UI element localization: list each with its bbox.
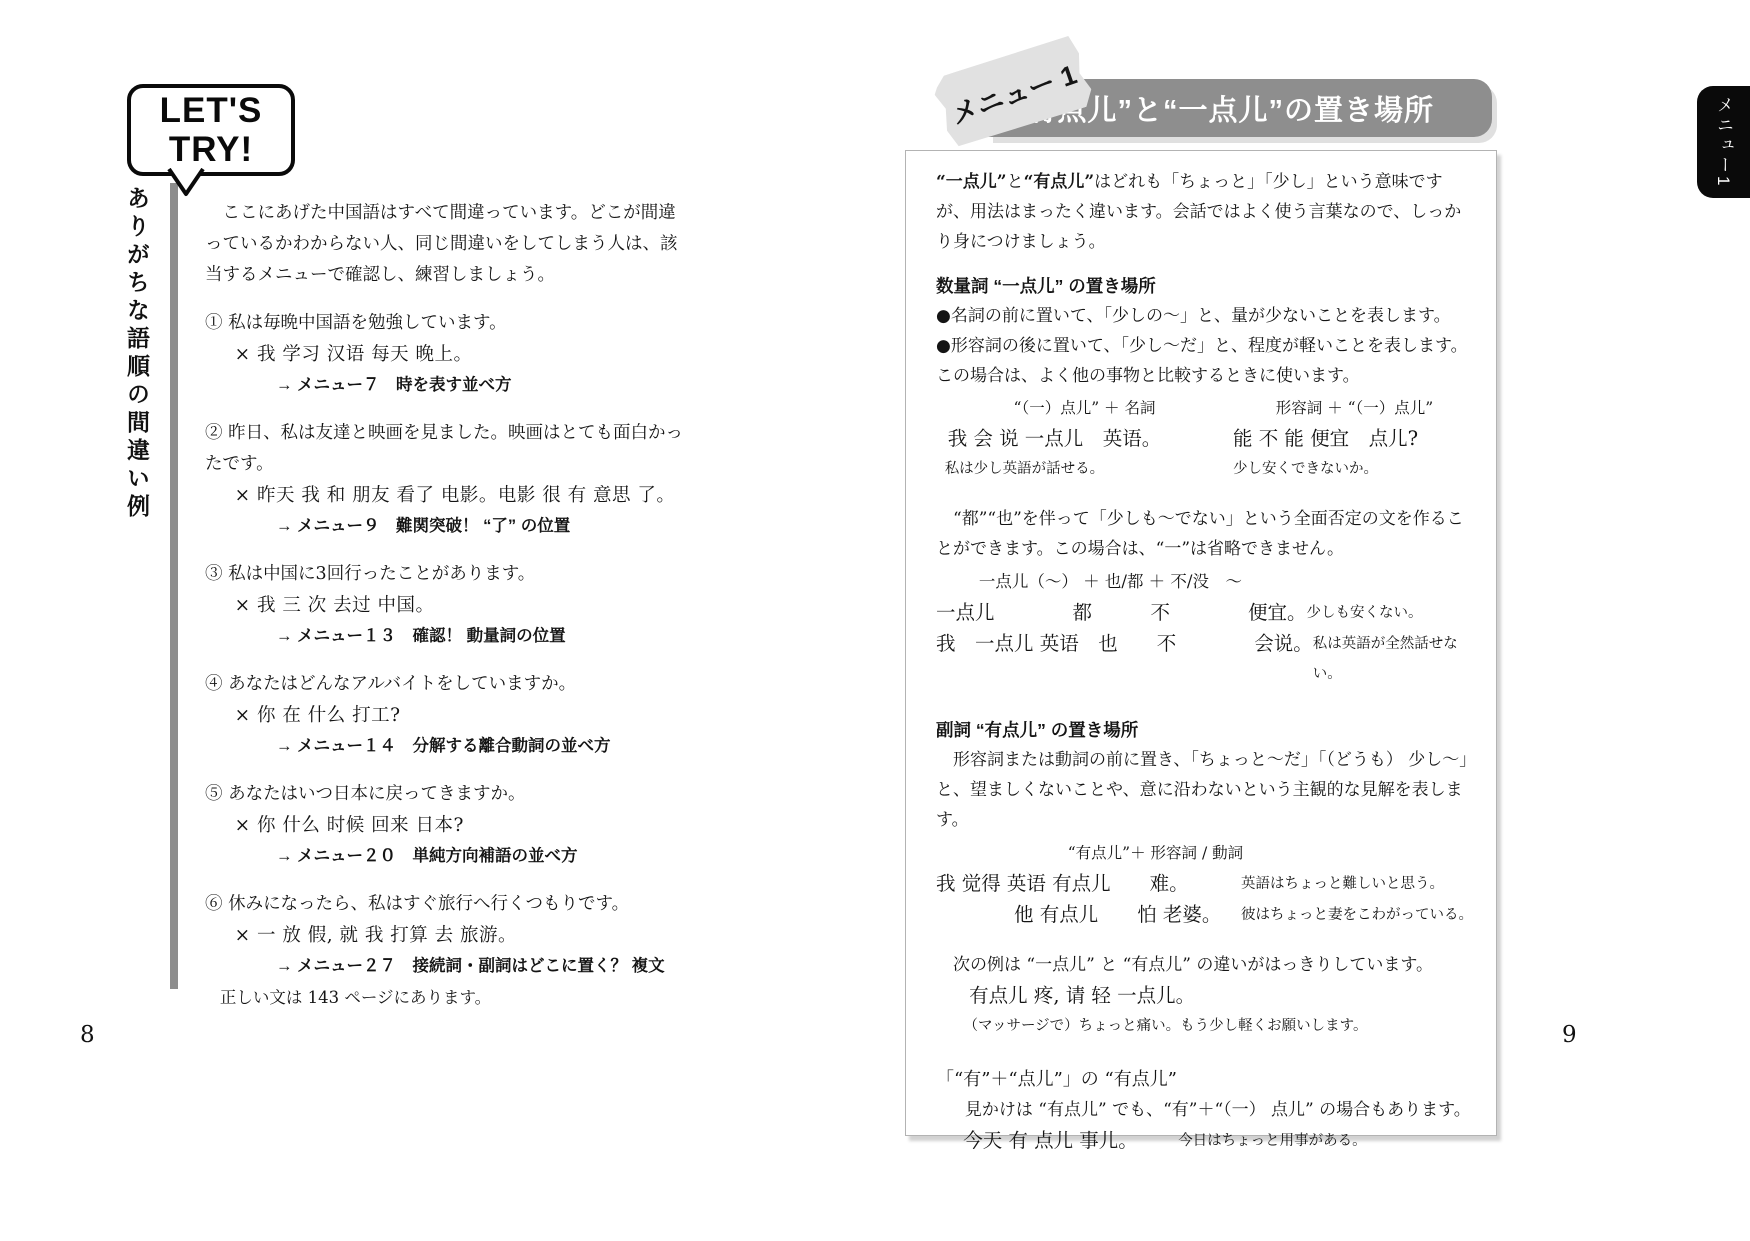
mistake-item-1: ① 私は毎晩中国語を勉強しています。 × 我 学习 汉语 每天 晚上。 → メニ… (205, 308, 685, 401)
section3-example-2: 他 有点儿 怕 老婆。 彼はちょっと妻をこわがっている。 (936, 900, 1476, 930)
item-menu-reference: → メニュー９ 難関突破！ “了” の位置 (205, 511, 685, 542)
menu1-intro: “一点儿”と“有点儿”はどれも「ちょっと」「少し」という意味ですが、用法はまった… (936, 167, 1476, 257)
mistake-item-2: ② 昨日、私は友達と映画を見ました。映画はとても面白かったです。 × 昨天 我 … (205, 418, 685, 542)
example-chinese: 今天 有 点儿 事儿。 (963, 1126, 1178, 1156)
item-menu-reference: → メニュー１４ 分解する離合動詞の並べ方 (205, 731, 685, 762)
example-translation: 少しも安くない。 (1307, 598, 1423, 628)
side-tab-text: メニュー1 (1711, 96, 1736, 188)
example-translation: 彼はちょっと妻をこわがっている。 (1241, 900, 1473, 930)
left-sidebar-title: ありがちな語順の間違い例 (121, 186, 154, 706)
example-translation: 今日はちょっと用事がある。 (1178, 1126, 1367, 1156)
example-chinese: 一点儿 都 不 便宜。 (936, 598, 1307, 628)
section5-example: 今天 有 点儿 事儿。 今日はちょっと用事がある。 (936, 1126, 1476, 1156)
section2-formula: 一点儿（～） ＋ 也/都 ＋ 不/没 ～ (936, 567, 1476, 597)
example-chinese: 他 有点儿 怕 老婆。 (936, 900, 1241, 930)
item-japanese: ③ 私は中国に3回行ったことがあります。 (205, 559, 685, 590)
formula-adjective-yidianr: 形容詞 ＋ “（一）点儿” (1233, 393, 1476, 423)
item-wrong-chinese: × 我 学习 汉语 每天 晚上。 (205, 339, 685, 370)
item-menu-reference: → メニュー２７ 接続詞・副詞はどこに置く？ 複文 (205, 951, 685, 982)
translation-right: 少し安くできないか。 (1233, 454, 1476, 484)
intro-keyword-youdianr: “有点儿” (1024, 172, 1095, 192)
intro-keyword-yidianr: “一点儿” (936, 172, 1007, 192)
item-japanese: ① 私は毎晩中国語を勉強しています。 (205, 308, 685, 339)
item-wrong-chinese: × 我 三 次 去过 中国。 (205, 590, 685, 621)
vertical-rule (170, 183, 178, 989)
left-page-content: ここにあげた中国語はすべて間違っています。どこが間違っているかわからない人、同じ… (205, 198, 685, 1013)
item-menu-reference: → メニュー２０ 単純方向補語の並べ方 (205, 841, 685, 872)
page-number-right: 9 (1562, 1022, 1577, 1048)
section1-heading: 数量詞 “一点儿” の置き場所 (936, 271, 1476, 301)
item-japanese: ② 昨日、私は友達と映画を見ました。映画はとても面白かったです。 (205, 418, 685, 480)
item-menu-reference: → メニュー７ 時を表す並べ方 (205, 370, 685, 401)
item-wrong-chinese: × 你 什么 时候 回来 日本? (205, 810, 685, 841)
section1-formula-row: “（一）点儿” ＋ 名詞 形容詞 ＋ “（一）点儿” (936, 393, 1476, 423)
intro-paragraph: ここにあげた中国語はすべて間違っています。どこが間違っているかわからない人、同じ… (205, 198, 685, 291)
section1-translation-row: 私は少し英語が話せる。 少し安くできないか。 (936, 454, 1476, 484)
section4-example-chinese: 有点儿 疼, 请 轻 一点儿。 (936, 981, 1476, 1011)
lets-try-badge: LET'S TRY! (127, 84, 295, 176)
mistake-item-5: ⑤ あなたはいつ日本に戻ってきますか。 × 你 什么 时候 回来 日本? → メ… (205, 779, 685, 872)
speech-tail-icon (165, 168, 207, 198)
section4-paragraph: 次の例は “一点儿” と “有点儿” の違いがはっきりしています。 (936, 950, 1476, 980)
item-japanese: ④ あなたはどんなアルバイトをしていますか。 (205, 669, 685, 700)
item-japanese: ⑥ 休みになったら、私はすぐ旅行へ行くつもりです。 (205, 889, 685, 920)
section2-paragraph: “都”“也”を伴って「少しも～でない」という全面否定の文を作ることができます。こ… (936, 504, 1476, 564)
example-chinese-left: 我 会 说 一点儿 英语。 (936, 424, 1233, 454)
mistake-item-4: ④ あなたはどんなアルバイトをしていますか。 × 你 在 什么 打工? → メニ… (205, 669, 685, 762)
example-translation: 英語はちょっと難しいと思う。 (1241, 869, 1444, 899)
menu1-side-tab: メニュー1 (1697, 86, 1750, 198)
mistake-item-6: ⑥ 休みになったら、私はすぐ旅行へ行くつもりです。 × 一 放 假, 就 我 打… (205, 889, 685, 982)
section1-bullet1: ●名詞の前に置いて、「少しの～」と、量が少ないことを表します。 (936, 301, 1476, 331)
section2-example-2: 我 一点儿 英语 也 不 会说。 私は英語が全然話せない。 (936, 629, 1476, 689)
item-wrong-chinese: × 昨天 我 和 朋友 看了 电影。电影 很 有 意思 了。 (205, 480, 685, 511)
section2-example-1: 一点儿 都 不 便宜。 少しも安くない。 (936, 598, 1476, 628)
section5-heading: 「“有”＋“点儿”」の “有点儿” (936, 1065, 1476, 1095)
section4-example-translation: （マッサージで）ちょっと痛い。もう少し軽くお願いします。 (936, 1011, 1476, 1041)
example-chinese: 我 觉得 英语 有点儿 难。 (936, 869, 1241, 899)
section1-bullet2: ●形容詞の後に置いて、「少し～だ」と、程度が軽いことを表します。この場合は、よく… (936, 331, 1476, 391)
intro-connector: と (1007, 172, 1024, 192)
section3-formula: “有点儿”＋ 形容詞 / 動詞 (936, 838, 1476, 868)
translation-left: 私は少し英語が話せる。 (936, 454, 1233, 484)
section1-example-row: 我 会 说 一点儿 英语。 能 不 能 便宜 点儿? (936, 424, 1476, 454)
item-wrong-chinese: × 你 在 什么 打工? (205, 700, 685, 731)
example-chinese-right: 能 不 能 便宜 点儿? (1233, 424, 1476, 454)
section5-explanation: 見かけは “有点儿” でも、“有”＋“（一） 点儿” の場合もあります。 (936, 1095, 1476, 1125)
formula-yidianr-noun: “（一）点儿” ＋ 名詞 (936, 393, 1233, 423)
section3-heading: 副詞 “有点儿” の置き場所 (936, 715, 1476, 745)
page-number-left: 8 (80, 1022, 95, 1048)
item-wrong-chinese: × 一 放 假, 就 我 打算 去 旅游。 (205, 920, 685, 951)
section3-example-1: 我 觉得 英语 有点儿 难。 英語はちょっと難しいと思う。 (936, 869, 1476, 899)
example-chinese: 我 一点儿 英语 也 不 会说。 (936, 629, 1313, 689)
item-japanese: ⑤ あなたはいつ日本に戻ってきますか。 (205, 779, 685, 810)
section3-paragraph: 形容詞または動詞の前に置き、「ちょっと～だ」「（どうも） 少し～」と、望ましくな… (936, 745, 1476, 835)
menu1-panel-content: “一点儿”と“有点儿”はどれも「ちょっと」「少し」という意味ですが、用法はまった… (906, 151, 1496, 1156)
badge-text-line2: TRY! (131, 130, 291, 169)
menu1-panel: “一点儿”と“有点儿”はどれも「ちょっと」「少し」という意味ですが、用法はまった… (905, 150, 1497, 1136)
badge-text-line1: LET'S (131, 91, 291, 130)
item-menu-reference: → メニュー１３ 確認！ 動量詞の位置 (205, 621, 685, 652)
badge-text: LET'S TRY! (131, 88, 291, 169)
example-translation: 私は英語が全然話せない。 (1313, 629, 1476, 689)
mistake-item-3: ③ 私は中国に3回行ったことがあります。 × 我 三 次 去过 中国。 → メニ… (205, 559, 685, 652)
answers-page-note: 正しい文は 143 ページにあります。 (205, 982, 685, 1013)
